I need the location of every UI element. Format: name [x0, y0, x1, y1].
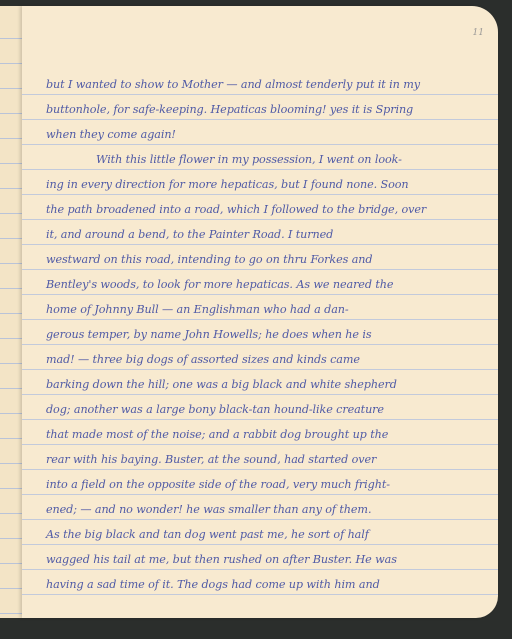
text-line: it, and around a bend, to the Painter Ro… [46, 225, 486, 250]
text-line: that made most of the noise; and a rabbi… [46, 425, 486, 450]
notebook-page: 11 but I wanted to show to Mother — and … [22, 6, 498, 618]
text-line: ened; — and no wonder! he was smaller th… [46, 500, 486, 525]
text-line: wagged his tail at me, but then rushed o… [46, 550, 486, 575]
text-line: home of Johnny Bull — an Englishman who … [46, 300, 486, 325]
text-line: mad! — three big dogs of assorted sizes … [46, 350, 486, 375]
text-line: dog; another was a large bony black-tan … [46, 400, 486, 425]
text-line: westward on this road, intending to go o… [46, 250, 486, 275]
page-number: 11 [473, 28, 484, 38]
text-line: ing in every direction for more hepatica… [46, 175, 486, 200]
text-line: buttonhole, for safe-keeping. Hepaticas … [46, 100, 486, 125]
text-line: having a sad time of it. The dogs had co… [46, 575, 486, 600]
text-line: into a field on the opposite side of the… [46, 475, 486, 500]
text-line: With this little flower in my possession… [46, 150, 486, 175]
text-line: when they come again! [46, 125, 486, 150]
text-line: Bentley's woods, to look for more hepati… [46, 275, 486, 300]
text-line: barking down the hill; one was a big bla… [46, 375, 486, 400]
handwritten-text: but I wanted to show to Mother — and alm… [46, 75, 486, 600]
text-line: As the big black and tan dog went past m… [46, 525, 486, 550]
text-line: rear with his baying. Buster, at the sou… [46, 450, 486, 475]
text-line: gerous temper, by name John Howells; he … [46, 325, 486, 350]
text-line: but I wanted to show to Mother — and alm… [46, 75, 486, 100]
text-line: the path broadened into a road, which I … [46, 200, 486, 225]
